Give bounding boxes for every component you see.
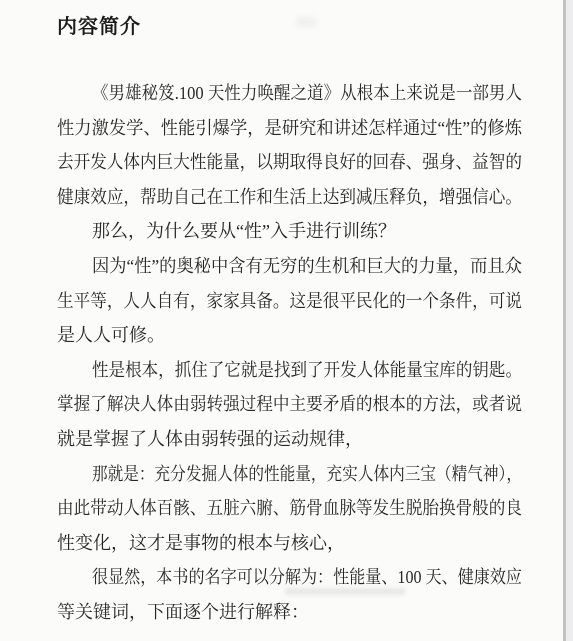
text-line: 性力激发学、性能引爆学，是研究和讲述怎样通过“性”的修炼 — [57, 111, 522, 146]
text-line: 去开发人体内巨大性能量，以期取得良好的回春、强身、益智的 — [57, 145, 522, 180]
text-line: 就是掌握了人体由弱转强的运动规律， — [57, 422, 522, 457]
text-line: 由此带动人体百骸、五脏六腑、筋骨血脉等发生脱胎换骨般的良 — [57, 491, 522, 526]
text-line: 等关键词，下面逐个进行解释： — [57, 595, 522, 630]
body-text: 《男雄秘笈.100 天性力唤醒之道》从根本上来说是一部男人性力激发学、性能引爆学… — [57, 76, 522, 630]
text-line: 性是根本，抓住了它就是找到了开发人体能量宝库的钥匙。 — [57, 353, 522, 388]
scan-artifact — [285, 588, 405, 595]
page-edge-strip — [566, 0, 573, 641]
scan-artifact — [296, 17, 316, 27]
text-line: 因为“性”的奥秘中含有无穷的生机和巨大的力量，而且众 — [57, 249, 522, 284]
text-line: 生平等，人人自有，家家具备。这是很平民化的一个条件，可说 — [57, 284, 522, 319]
page-title: 内容简介 — [57, 15, 141, 39]
text-line: 性变化，这才是事物的根本与核心， — [57, 526, 522, 561]
text-line: 掌握了解决人体由弱转强过程中主要矛盾的根本的方法，或者说 — [57, 387, 522, 422]
text-line: 健康效应，帮助自己在工作和生活上达到减压释负，增强信心。 — [57, 180, 522, 215]
text-line: 是人人可修。 — [57, 318, 522, 353]
document-page: 内容简介 《男雄秘笈.100 天性力唤醒之道》从根本上来说是一部男人性力激发学、… — [0, 0, 563, 641]
text-line: 那就是：充分发掘人体的性能量，充实人体内三宝（精气神）， — [57, 457, 522, 492]
text-line: 那么，为什么要从“性”入手进行训练？ — [57, 214, 522, 249]
text-line: 《男雄秘笈.100 天性力唤醒之道》从根本上来说是一部男人 — [57, 76, 522, 111]
